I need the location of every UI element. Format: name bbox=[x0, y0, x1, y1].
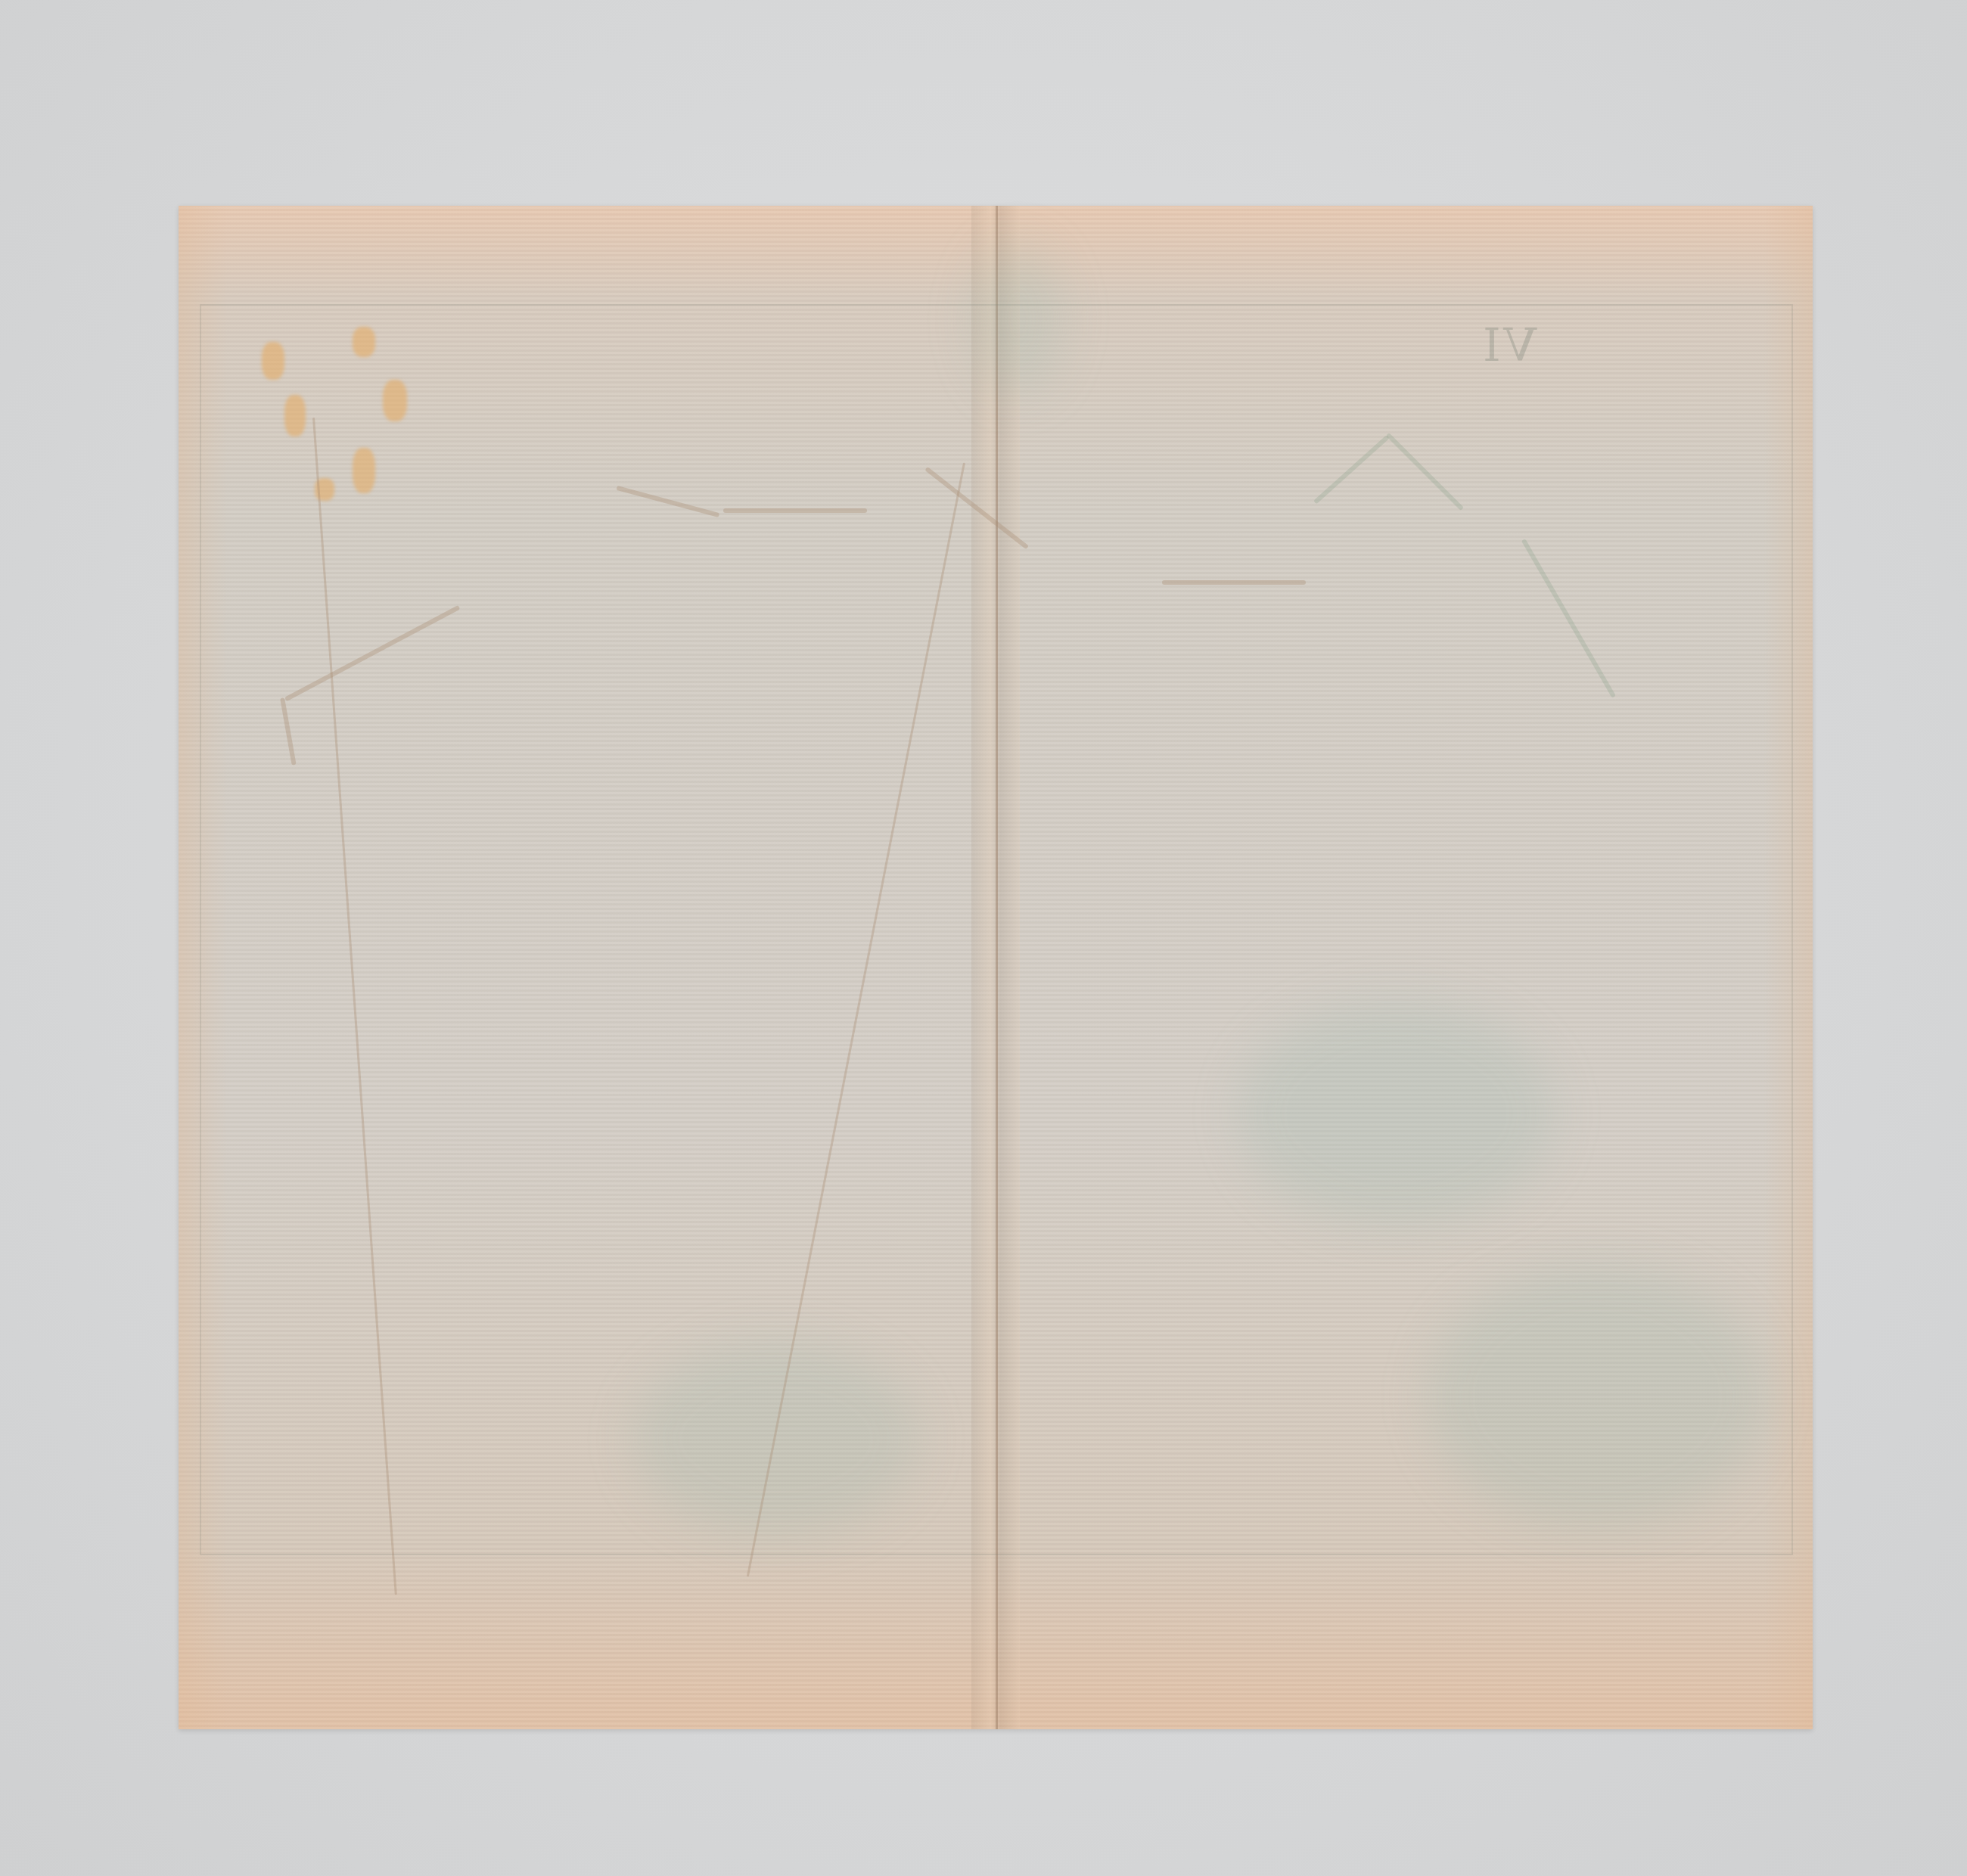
green-wash-stain bbox=[973, 244, 1064, 395]
orange-stain bbox=[284, 395, 306, 436]
show-through-line bbox=[723, 508, 867, 513]
print-sheet-verso: VI bbox=[179, 206, 1813, 1729]
show-through-numeral: VI bbox=[1480, 319, 1537, 372]
green-wash-stain bbox=[632, 1340, 920, 1537]
orange-stain bbox=[262, 342, 284, 380]
orange-stain bbox=[383, 380, 407, 421]
orange-stain bbox=[353, 448, 375, 493]
green-wash-stain bbox=[1238, 1000, 1555, 1227]
green-wash-stain bbox=[1427, 1265, 1767, 1530]
orange-stain bbox=[353, 327, 375, 357]
show-through-line bbox=[1162, 580, 1306, 585]
